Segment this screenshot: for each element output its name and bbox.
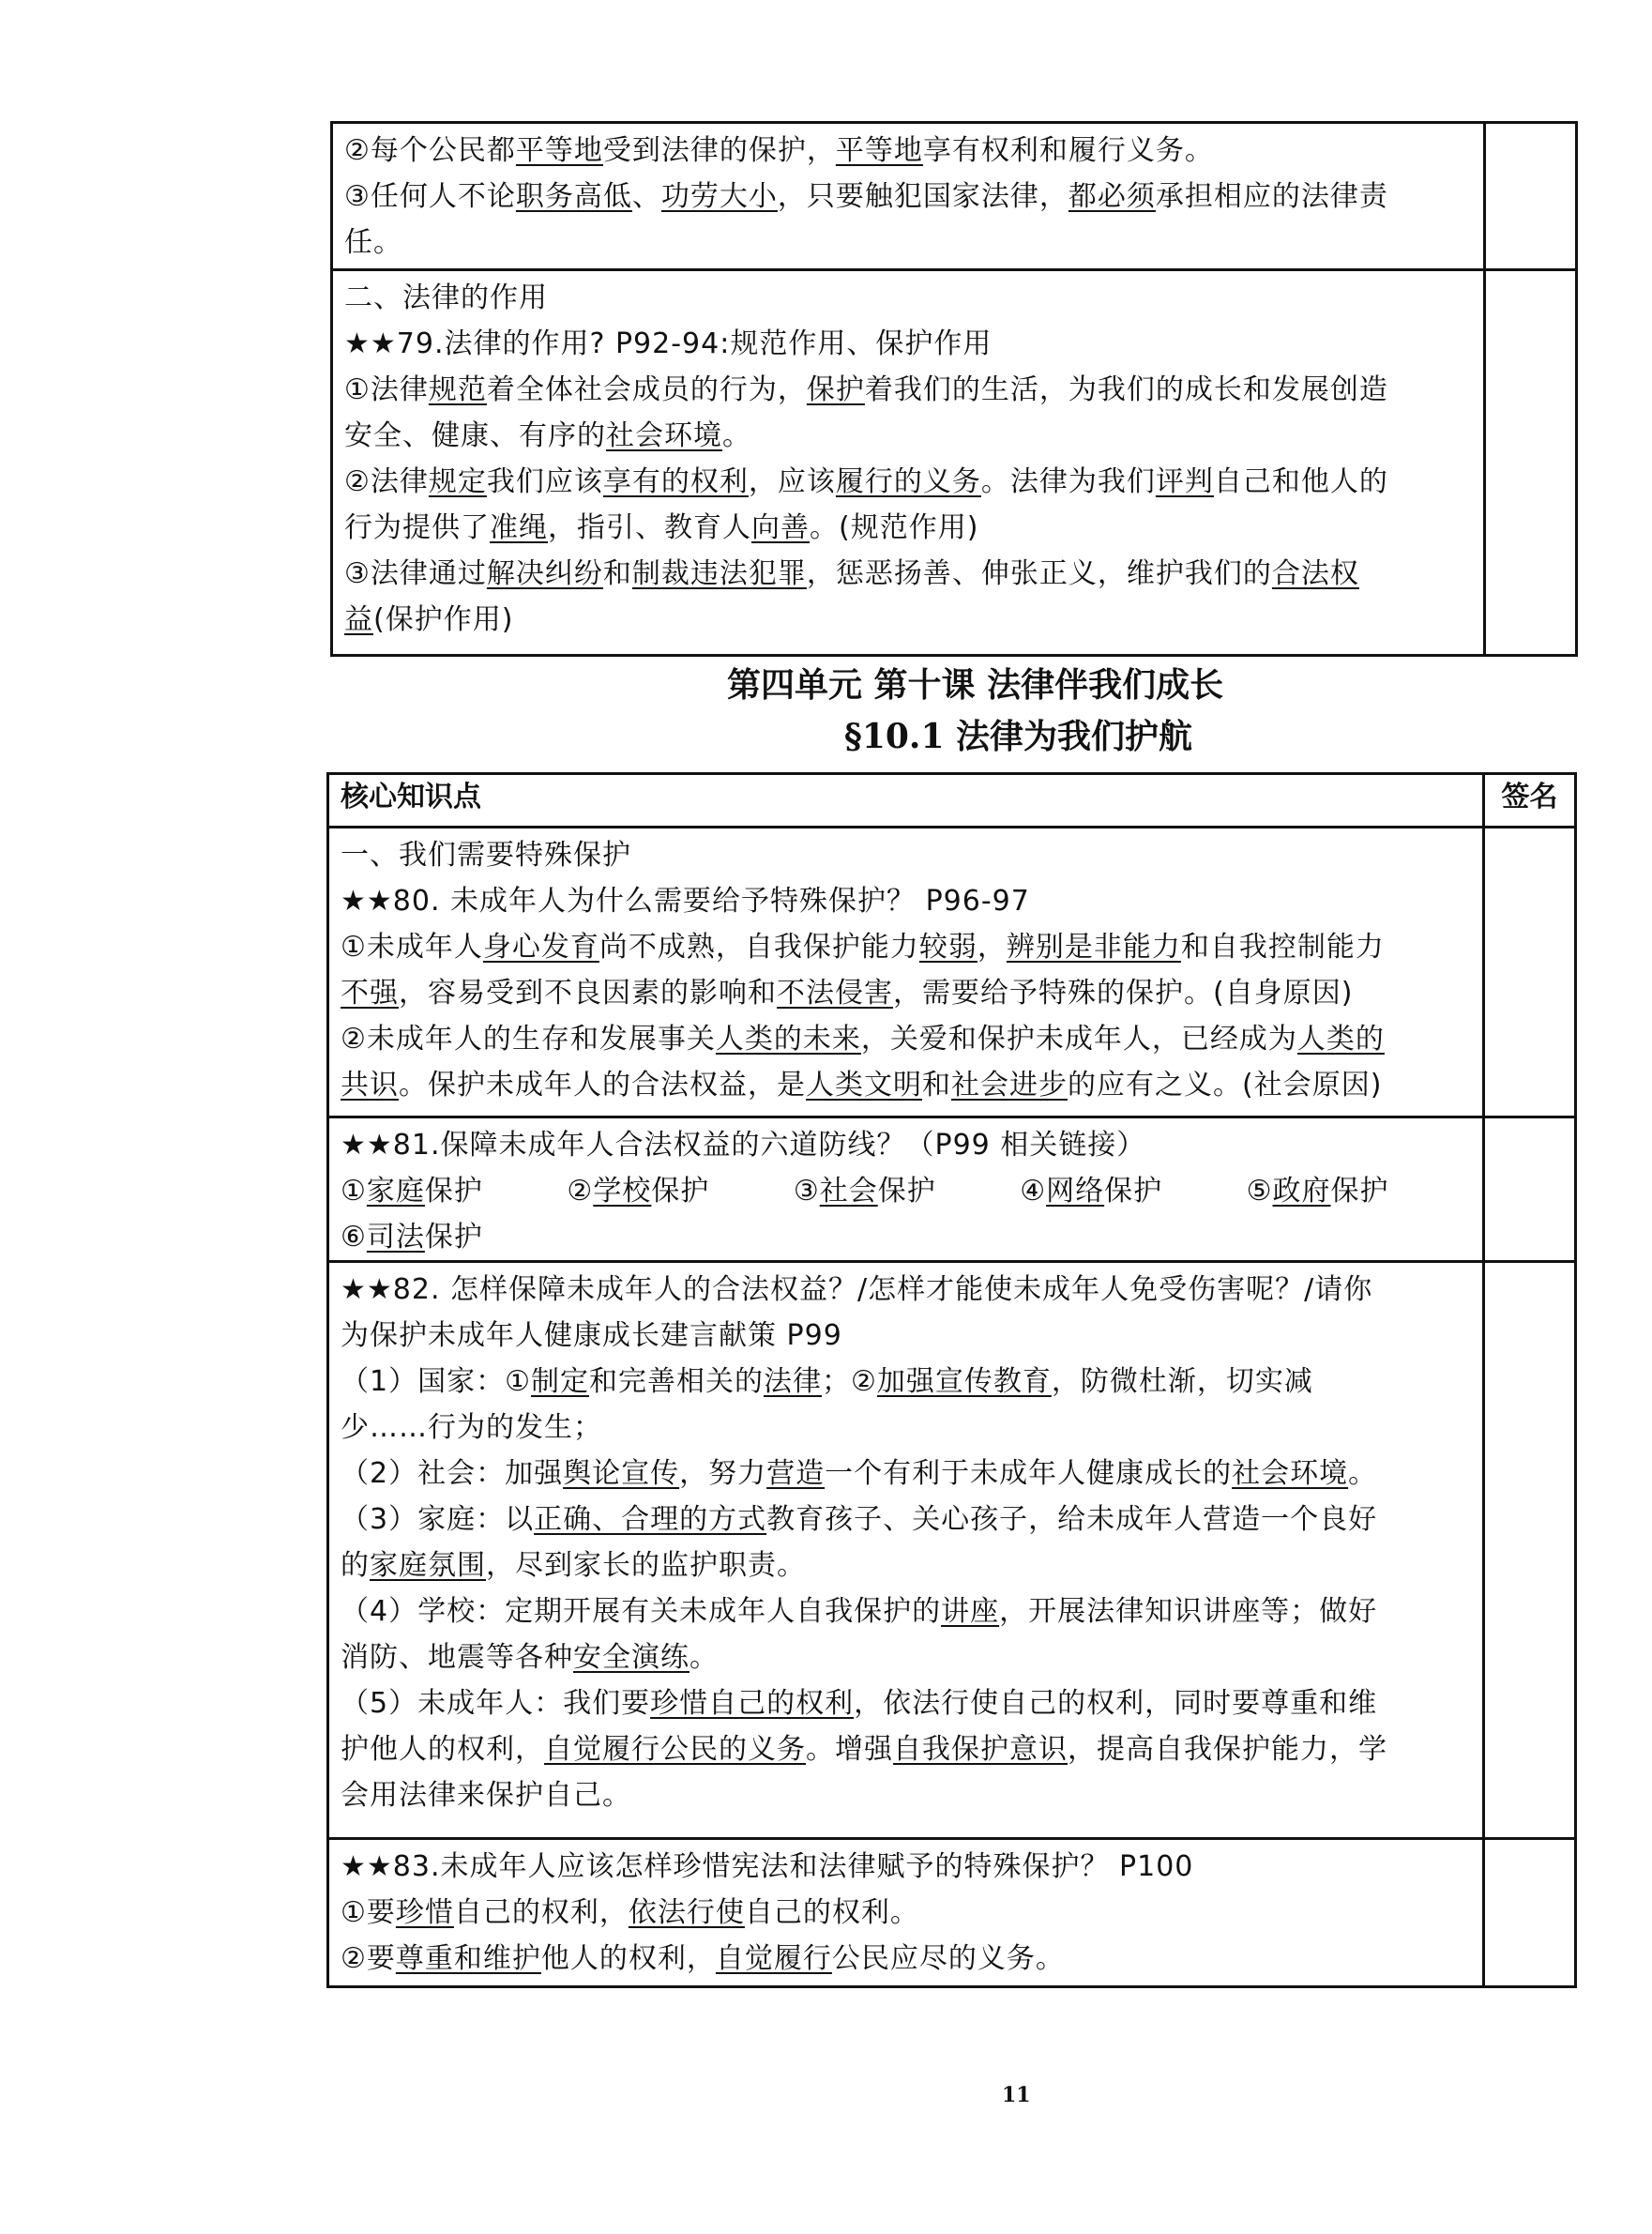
text-line: ①法律规范着全体社会成员的行为，保护着我们的生活，为我们的成长和发展创造 [344,367,1474,413]
sign-cell[interactable] [1482,1840,1574,1985]
text-line: ②要尊重和维护他人的权利，自觉履行公民应尽的义务。 [341,1936,1473,1982]
underlined-keyword: 制定 [531,1365,589,1398]
text-segment: （5）未成年人：我们要 [341,1687,650,1720]
defense-item: ②学校保护 [567,1168,793,1214]
text-line: （2）社会：加强舆论宣传，努力营造一个有利于未成年人健康成长的社会环境。 [341,1451,1473,1497]
underlined-keyword: 人类的 [1297,1023,1385,1056]
underlined-keyword: 社会环境 [606,419,722,452]
defense-lines: ①家庭保护②学校保护③社会保护④网络保护⑤政府保护 [341,1168,1473,1214]
underlined-keyword: 法律 [764,1365,822,1398]
row-content: ★★83.未成年人应该怎样珍惜宪法和法律赋予的特殊保护？ P100①要珍惜自己的… [329,1840,1482,1985]
text-segment: 和完善相关的 [589,1365,764,1398]
text-segment: 少……行为的发生； [341,1411,602,1444]
table-row-q80: 一、我们需要特殊保护★★80. 未成年人为什么需要给予特殊保护？ P96-97①… [329,826,1574,1116]
underlined-keyword: 保护 [807,373,865,406]
page-number: 11 [1002,2083,1031,2107]
text-line: （4）学校：定期开展有关未成年人自我保护的讲座，开展法律知识讲座等；做好 [341,1588,1473,1634]
underlined-keyword: 辨别是非能力 [1007,931,1181,964]
underlined-keyword: 珍惜自己的权利 [650,1687,854,1720]
text-segment: 自己的权利， [454,1896,629,1929]
text-segment: 和 [922,1069,951,1102]
text-segment: ，只要触犯国家法律， [778,180,1068,213]
header-label: 核心知识点 [341,775,1473,820]
q81-title: ★★81.保障未成年人合法权益的六道防线？（P99 相关链接） [341,1122,1473,1168]
text-segment: ★★79.法律的作用? P92-94:规范作用、保护作用 [344,327,992,360]
text-line: 护他人的权利，自觉履行公民的义务。增强自我保护意识，提高自我保护能力，学 [341,1726,1473,1772]
text-segment: 和自我控制能力 [1181,931,1385,964]
text-segment: 、 [632,180,661,213]
underlined-keyword: 评判 [1156,465,1214,498]
underlined-keyword: 正确、合理的方式 [534,1503,766,1536]
text-line: ②法律规定我们应该享有的权利，应该履行的义务。法律为我们评判自己和他人的 [344,459,1474,505]
text-line: 安全、健康、有序的社会环境。 [344,413,1474,459]
underlined-keyword: 依法行使 [629,1896,745,1929]
text-segment: ，应该 [749,465,836,498]
text-line: 任。 [344,220,1474,266]
text-segment: 享有权利和履行义务。 [923,134,1214,167]
text-segment: 。法律为我们 [981,465,1156,498]
text-segment: ，努力 [679,1457,766,1490]
defense-item: ①家庭保护 [341,1168,567,1214]
underlined-keyword: 功劳大小 [661,180,778,213]
text-segment: ①法律 [344,373,429,406]
row-content: 一、我们需要特殊保护★★80. 未成年人为什么需要给予特殊保护？ P96-97①… [329,828,1482,1116]
underlined-keyword: 都必须 [1068,180,1156,213]
table-row: ②每个公民都平等地受到法律的保护，平等地享有权利和履行义务。③任何人不论职务高低… [333,124,1575,268]
text-segment: ，惩恶扬善、伸张正义，维护我们的 [807,557,1272,590]
text-segment: ， [978,931,1007,964]
top-knowledge-table: ②每个公民都平等地受到法律的保护，平等地享有权利和履行义务。③任何人不论职务高低… [330,121,1578,657]
text-segment: （2）社会：加强 [341,1457,563,1490]
text-segment: ，需要给予特殊的保护。(自身原因) [893,977,1353,1010]
row-content: ★★81.保障未成年人合法权益的六道防线？（P99 相关链接） ①家庭保护②学校… [329,1118,1482,1260]
text-segment: 二、法律的作用 [344,281,548,314]
text-segment: 的应有之义。(社会原因) [1068,1069,1382,1102]
underlined-keyword: 履行的义务 [836,465,981,498]
text-segment: ②要 [341,1942,396,1975]
underlined-keyword: 合法权 [1272,557,1359,590]
underlined-keyword: 自我保护意识 [893,1733,1068,1766]
text-segment: ①未成年人 [341,931,483,964]
text-segment: ③法律通过 [344,557,487,590]
text-segment: 我们应该 [487,465,603,498]
header-sign: 签名 [1482,775,1574,826]
text-segment: 公民应尽的义务。 [832,1942,1065,1975]
table-row: 二、法律的作用★★79.法律的作用? P92-94:规范作用、保护作用①法律规范… [333,268,1575,654]
text-segment: 自己的权利。 [745,1896,919,1929]
underlined-keyword: 珍惜 [396,1896,454,1929]
text-segment: 。(规范作用) [810,511,978,544]
text-segment: 自己和他人的 [1214,465,1388,498]
table-row-q83: ★★83.未成年人应该怎样珍惜宪法和法律赋予的特殊保护？ P100①要珍惜自己的… [329,1837,1574,1985]
text-segment: ②每个公民都 [344,134,516,167]
header-sign-label: 签名 [1485,775,1574,820]
text-segment: 的 [341,1549,370,1582]
table-header-row: 核心知识点 签名 [329,775,1574,826]
text-line: ★★80. 未成年人为什么需要给予特殊保护？ P96-97 [341,878,1473,924]
text-segment: ★★83.未成年人应该怎样珍惜宪法和法律赋予的特殊保护？ P100 [341,1850,1193,1883]
underlined-keyword: 不法侵害 [777,977,893,1010]
text-segment: 任。 [344,226,402,259]
defense-item: ⑤政府保护 [1247,1168,1473,1214]
text-line: 为保护未成年人健康成长建言献策 P99 [341,1313,1473,1359]
text-segment: 一、我们需要特殊保护 [341,839,631,872]
text-segment: 消防、地震等各种 [341,1641,573,1674]
text-line: 会用法律来保护自己。 [341,1772,1473,1818]
text-segment: 。 [1348,1457,1377,1490]
defense-item: ④网络保护 [1020,1168,1246,1214]
text-line: 一、我们需要特殊保护 [341,832,1473,878]
header-core-knowledge: 核心知识点 [329,775,1482,826]
row-content: ②每个公民都平等地受到法律的保护，平等地享有权利和履行义务。③任何人不论职务高低… [333,124,1483,268]
text-segment: 安全、健康、有序的 [344,419,606,452]
text-segment: 和 [603,557,632,590]
text-segment: ③任何人不论 [344,180,516,213]
underlined-keyword: 加强宣传教育 [877,1365,1052,1398]
underlined-keyword: 较弱 [919,931,978,964]
underlined-keyword: 共识 [341,1069,399,1102]
text-segment: ②未成年人的生存和发展事关 [341,1023,716,1056]
text-line: 二、法律的作用 [344,275,1474,321]
underlined-keyword: 家庭氛围 [370,1549,486,1582]
text-line: （5）未成年人：我们要珍惜自己的权利，依法行使自己的权利，同时要尊重和维 [341,1680,1473,1726]
text-line: ★★83.未成年人应该怎样珍惜宪法和法律赋予的特殊保护？ P100 [341,1844,1473,1890]
text-line: ①未成年人身心发育尚不成熟，自我保护能力较弱，辨别是非能力和自我控制能力 [341,924,1473,970]
section-title: §10.1 法律为我们护航 [844,710,1192,758]
text-segment: 着全体社会成员的行为， [487,373,807,406]
text-segment: 受到法律的保护， [603,134,836,167]
defense-lines: ⑥司法保护 [341,1214,1473,1260]
underlined-keyword: 职务高低 [516,180,632,213]
underlined-keyword: 人类文明 [806,1069,922,1102]
text-segment: ①要 [341,1896,396,1929]
defense-item: ③社会保护 [794,1168,1020,1214]
underlined-keyword: 人类的未来 [716,1023,861,1056]
underlined-keyword: 解决纠纷 [487,557,603,590]
text-segment: （3）家庭：以 [341,1503,534,1536]
sign-cell[interactable] [1482,1118,1574,1260]
text-line: 行为提供了准绳，指引、教育人向善。(规范作用) [344,505,1474,551]
text-line: 共识。保护未成年人的合法权益，是人类文明和社会进步的应有之义。(社会原因) [341,1062,1473,1108]
text-segment: 。保护未成年人的合法权益，是 [399,1069,806,1102]
text-segment: 行为提供了 [344,511,490,544]
text-line: ③任何人不论职务高低、功劳大小，只要触犯国家法律，都必须承担相应的法律责 [344,174,1474,220]
text-line: ★★79.法律的作用? P92-94:规范作用、保护作用 [344,321,1474,367]
text-segment: ★★82. 怎样保障未成年人的合法权益？/怎样才能使未成年人免受伤害呢？/请你 [341,1273,1372,1306]
text-line: 消防、地震等各种安全演练。 [341,1634,1473,1680]
text-segment: 护他人的权利， [341,1733,544,1766]
text-segment: ，关爱和保护未成年人，已经成为 [861,1023,1297,1056]
text-segment: ★★81.保障未成年人合法权益的六道防线？（P99 相关链接） [341,1129,1145,1162]
text-line: （1）国家：①制定和完善相关的法律；②加强宣传教育，防微杜渐，切实减 [341,1359,1473,1405]
text-line: ③法律通过解决纠纷和制裁违法犯罪，惩恶扬善、伸张正义，维护我们的合法权 [344,551,1474,597]
text-segment: ；② [822,1365,877,1398]
text-line: 益(保护作用) [344,597,1474,643]
underlined-keyword: 制裁违法犯罪 [632,557,807,590]
text-line: ②每个公民都平等地受到法律的保护，平等地享有权利和履行义务。 [344,128,1474,174]
underlined-keyword: 益 [344,603,373,636]
row-content: 二、法律的作用★★79.法律的作用? P92-94:规范作用、保护作用①法律规范… [333,271,1483,654]
underlined-keyword: 舆论宣传 [563,1457,679,1490]
underlined-keyword: 尊重和维护 [396,1942,541,1975]
underlined-keyword: 身心发育 [483,931,599,964]
text-segment: 。 [690,1641,719,1674]
row-content: ★★82. 怎样保障未成年人的合法权益？/怎样才能使未成年人免受伤害呢？/请你为… [329,1263,1482,1837]
text-line: （3）家庭：以正确、合理的方式教育孩子、关心孩子，给未成年人营造一个良好 [341,1497,1473,1543]
underlined-keyword: 营造 [766,1457,825,1490]
underlined-keyword: 享有的权利 [603,465,749,498]
text-line: ①要珍惜自己的权利，依法行使自己的权利。 [341,1890,1473,1936]
text-segment: ，容易受到不良因素的影响和 [399,977,777,1010]
underlined-keyword: 平等地 [836,134,923,167]
text-segment: ★★80. 未成年人为什么需要给予特殊保护？ P96-97 [341,885,1030,918]
underlined-keyword: 平等地 [516,134,603,167]
text-segment: 会用法律来保护自己。 [341,1779,631,1812]
table-row-q81: ★★81.保障未成年人合法权益的六道防线？（P99 相关链接） ①家庭保护②学校… [329,1116,1574,1260]
text-segment: ，防微杜渐，切实减 [1052,1365,1313,1398]
text-segment: （4）学校：定期开展有关未成年人自我保护的 [341,1595,941,1628]
sign-cell[interactable] [1482,828,1574,1116]
underlined-keyword: 向善 [751,511,810,544]
sign-cell[interactable] [1482,1263,1574,1837]
text-segment: 着我们的生活，为我们的成长和发展创造 [865,373,1388,406]
sign-cell[interactable] [1483,124,1575,268]
unit-title: 第四单元 第十课 法律伴我们成长 [727,659,1223,707]
underlined-keyword: 不强 [341,977,399,1010]
text-line: ②未成年人的生存和发展事关人类的未来，关爱和保护未成年人，已经成为人类的 [341,1016,1473,1062]
table-row-q82: ★★82. 怎样保障未成年人的合法权益？/怎样才能使未成年人免受伤害呢？/请你为… [329,1260,1574,1837]
underlined-keyword: 社会环境 [1232,1457,1348,1490]
text-line: ★★82. 怎样保障未成年人的合法权益？/怎样才能使未成年人免受伤害呢？/请你 [341,1267,1473,1313]
defense-item: ⑥司法保护 [341,1214,483,1260]
underlined-keyword: 准绳 [490,511,548,544]
text-line: 的家庭氛围，尽到家长的监护职责。 [341,1543,1473,1588]
text-segment: 。增强 [806,1733,893,1766]
text-segment: ，依法行使自己的权利，同时要尊重和维 [854,1687,1377,1720]
underlined-keyword: 安全演练 [573,1641,690,1674]
text-line: 少……行为的发生； [341,1405,1473,1451]
underlined-keyword: 自觉履行公民的义务 [544,1733,806,1766]
core-knowledge-table: 核心知识点 签名 一、我们需要特殊保护★★80. 未成年人为什么需要给予特殊保护… [326,772,1577,1988]
text-segment: ，开展法律知识讲座等；做好 [999,1595,1377,1628]
underlined-keyword: 社会进步 [951,1069,1068,1102]
text-line: ★★81.保障未成年人合法权益的六道防线？（P99 相关链接） [341,1122,1473,1168]
text-segment: （1）国家：① [341,1365,531,1398]
text-segment: ②法律 [344,465,429,498]
text-segment: 教育孩子、关心孩子，给未成年人营造一个良好 [766,1503,1377,1536]
text-segment: 。 [722,419,751,452]
text-segment: (保护作用) [373,603,513,636]
text-segment: ，指引、教育人 [548,511,751,544]
text-line: 不强，容易受到不良因素的影响和不法侵害，需要给予特殊的保护。(自身原因) [341,970,1473,1016]
text-segment: 一个有利于未成年人健康成长的 [825,1457,1232,1490]
text-segment: 尚不成熟，自我保护能力 [599,931,919,964]
underlined-keyword: 自觉履行 [716,1942,832,1975]
text-segment: ，提高自我保护能力，学 [1068,1733,1387,1766]
underlined-keyword: 讲座 [941,1595,999,1628]
text-segment: 承担相应的法律责 [1156,180,1388,213]
text-segment: 他人的权利， [541,1942,716,1975]
underlined-keyword: 规定 [429,465,487,498]
text-segment: ，尽到家长的监护职责。 [486,1549,806,1582]
underlined-keyword: 规范 [429,373,487,406]
text-segment: 为保护未成年人健康成长建言献策 P99 [341,1319,842,1352]
sign-cell[interactable] [1483,271,1575,654]
